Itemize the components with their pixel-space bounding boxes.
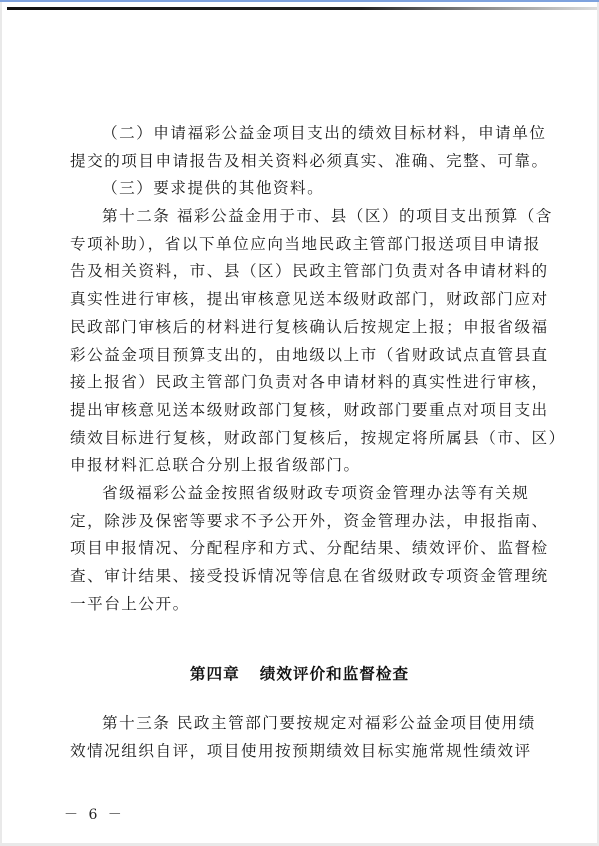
text-line: 申报材料汇总联合分别上报省级部门。 bbox=[70, 452, 538, 480]
chapter-title: 绩效评价和监督检查 bbox=[260, 664, 409, 683]
document-page: （二）申请福彩公益金项目支出的绩效目标材料，申请单位 提交的项目申请报告及相关资… bbox=[2, 2, 597, 843]
text-line: 第十二条 福彩公益金用于市、县（区）的项目支出预算（含 bbox=[70, 203, 538, 231]
body-text-block-1: （二）申请福彩公益金项目支出的绩效目标材料，申请单位 提交的项目申请报告及相关资… bbox=[70, 120, 538, 618]
page-number: － 6 － bbox=[64, 804, 125, 824]
text-line: 第十三条 民政主管部门要按规定对福彩公益金项目使用绩 bbox=[70, 710, 538, 738]
chapter-heading: 第四章绩效评价和监督检查 bbox=[2, 662, 597, 684]
chapter-number: 第四章 bbox=[190, 664, 240, 683]
text-line: 民政部门审核后的材料进行复核确认后按规定上报；申报省级福 bbox=[70, 314, 538, 342]
text-line: 项目申报情况、分配程序和方式、分配结果、绩效评价、监督检 bbox=[70, 535, 538, 563]
text-line: 专项补助），省以下单位应向当地民政主管部门报送项目申请报 bbox=[70, 231, 538, 259]
text-line: （三）要求提供的其他资料。 bbox=[70, 175, 538, 203]
text-line: 彩公益金项目预算支出的，由地级以上市（省财政试点直管县直 bbox=[70, 342, 538, 370]
scan-edge-bar bbox=[7, 7, 597, 10]
text-line: 接上报省）民政主管部门负责对各申请材料的真实性进行审核， bbox=[70, 369, 538, 397]
text-line: 提交的项目申请报告及相关资料必须真实、准确、完整、可靠。 bbox=[70, 148, 538, 176]
text-line: 提出审核意见送本级财政部门复核，财政部门要重点对项目支出 bbox=[70, 397, 538, 425]
text-line: 省级福彩公益金按照省级财政专项资金管理办法等有关规 bbox=[70, 480, 538, 508]
text-line: 定，除涉及保密等要求不予公开外，资金管理办法，申报指南、 bbox=[70, 508, 538, 536]
text-line: 真实性进行审核，提出审核意见送本级财政部门，财政部门应对 bbox=[70, 286, 538, 314]
text-line: 告及相关资料，市、县（区）民政主管部门负责对各申请材料的 bbox=[70, 258, 538, 286]
text-line: 效情况组织自评，项目使用按预期绩效目标实施常规性绩效评 bbox=[70, 738, 538, 766]
text-line: （二）申请福彩公益金项目支出的绩效目标材料，申请单位 bbox=[70, 120, 538, 148]
body-text-block-2: 第十三条 民政主管部门要按规定对福彩公益金项目使用绩 效情况组织自评，项目使用按… bbox=[70, 710, 538, 765]
text-line: 一平台上公开。 bbox=[70, 591, 538, 619]
text-line: 绩效目标进行复核，财政部门复核后，按规定将所属县（市、区） bbox=[70, 425, 538, 453]
text-line: 查、审计结果、接受投诉情况等信息在省级财政专项资金管理统 bbox=[70, 563, 538, 591]
